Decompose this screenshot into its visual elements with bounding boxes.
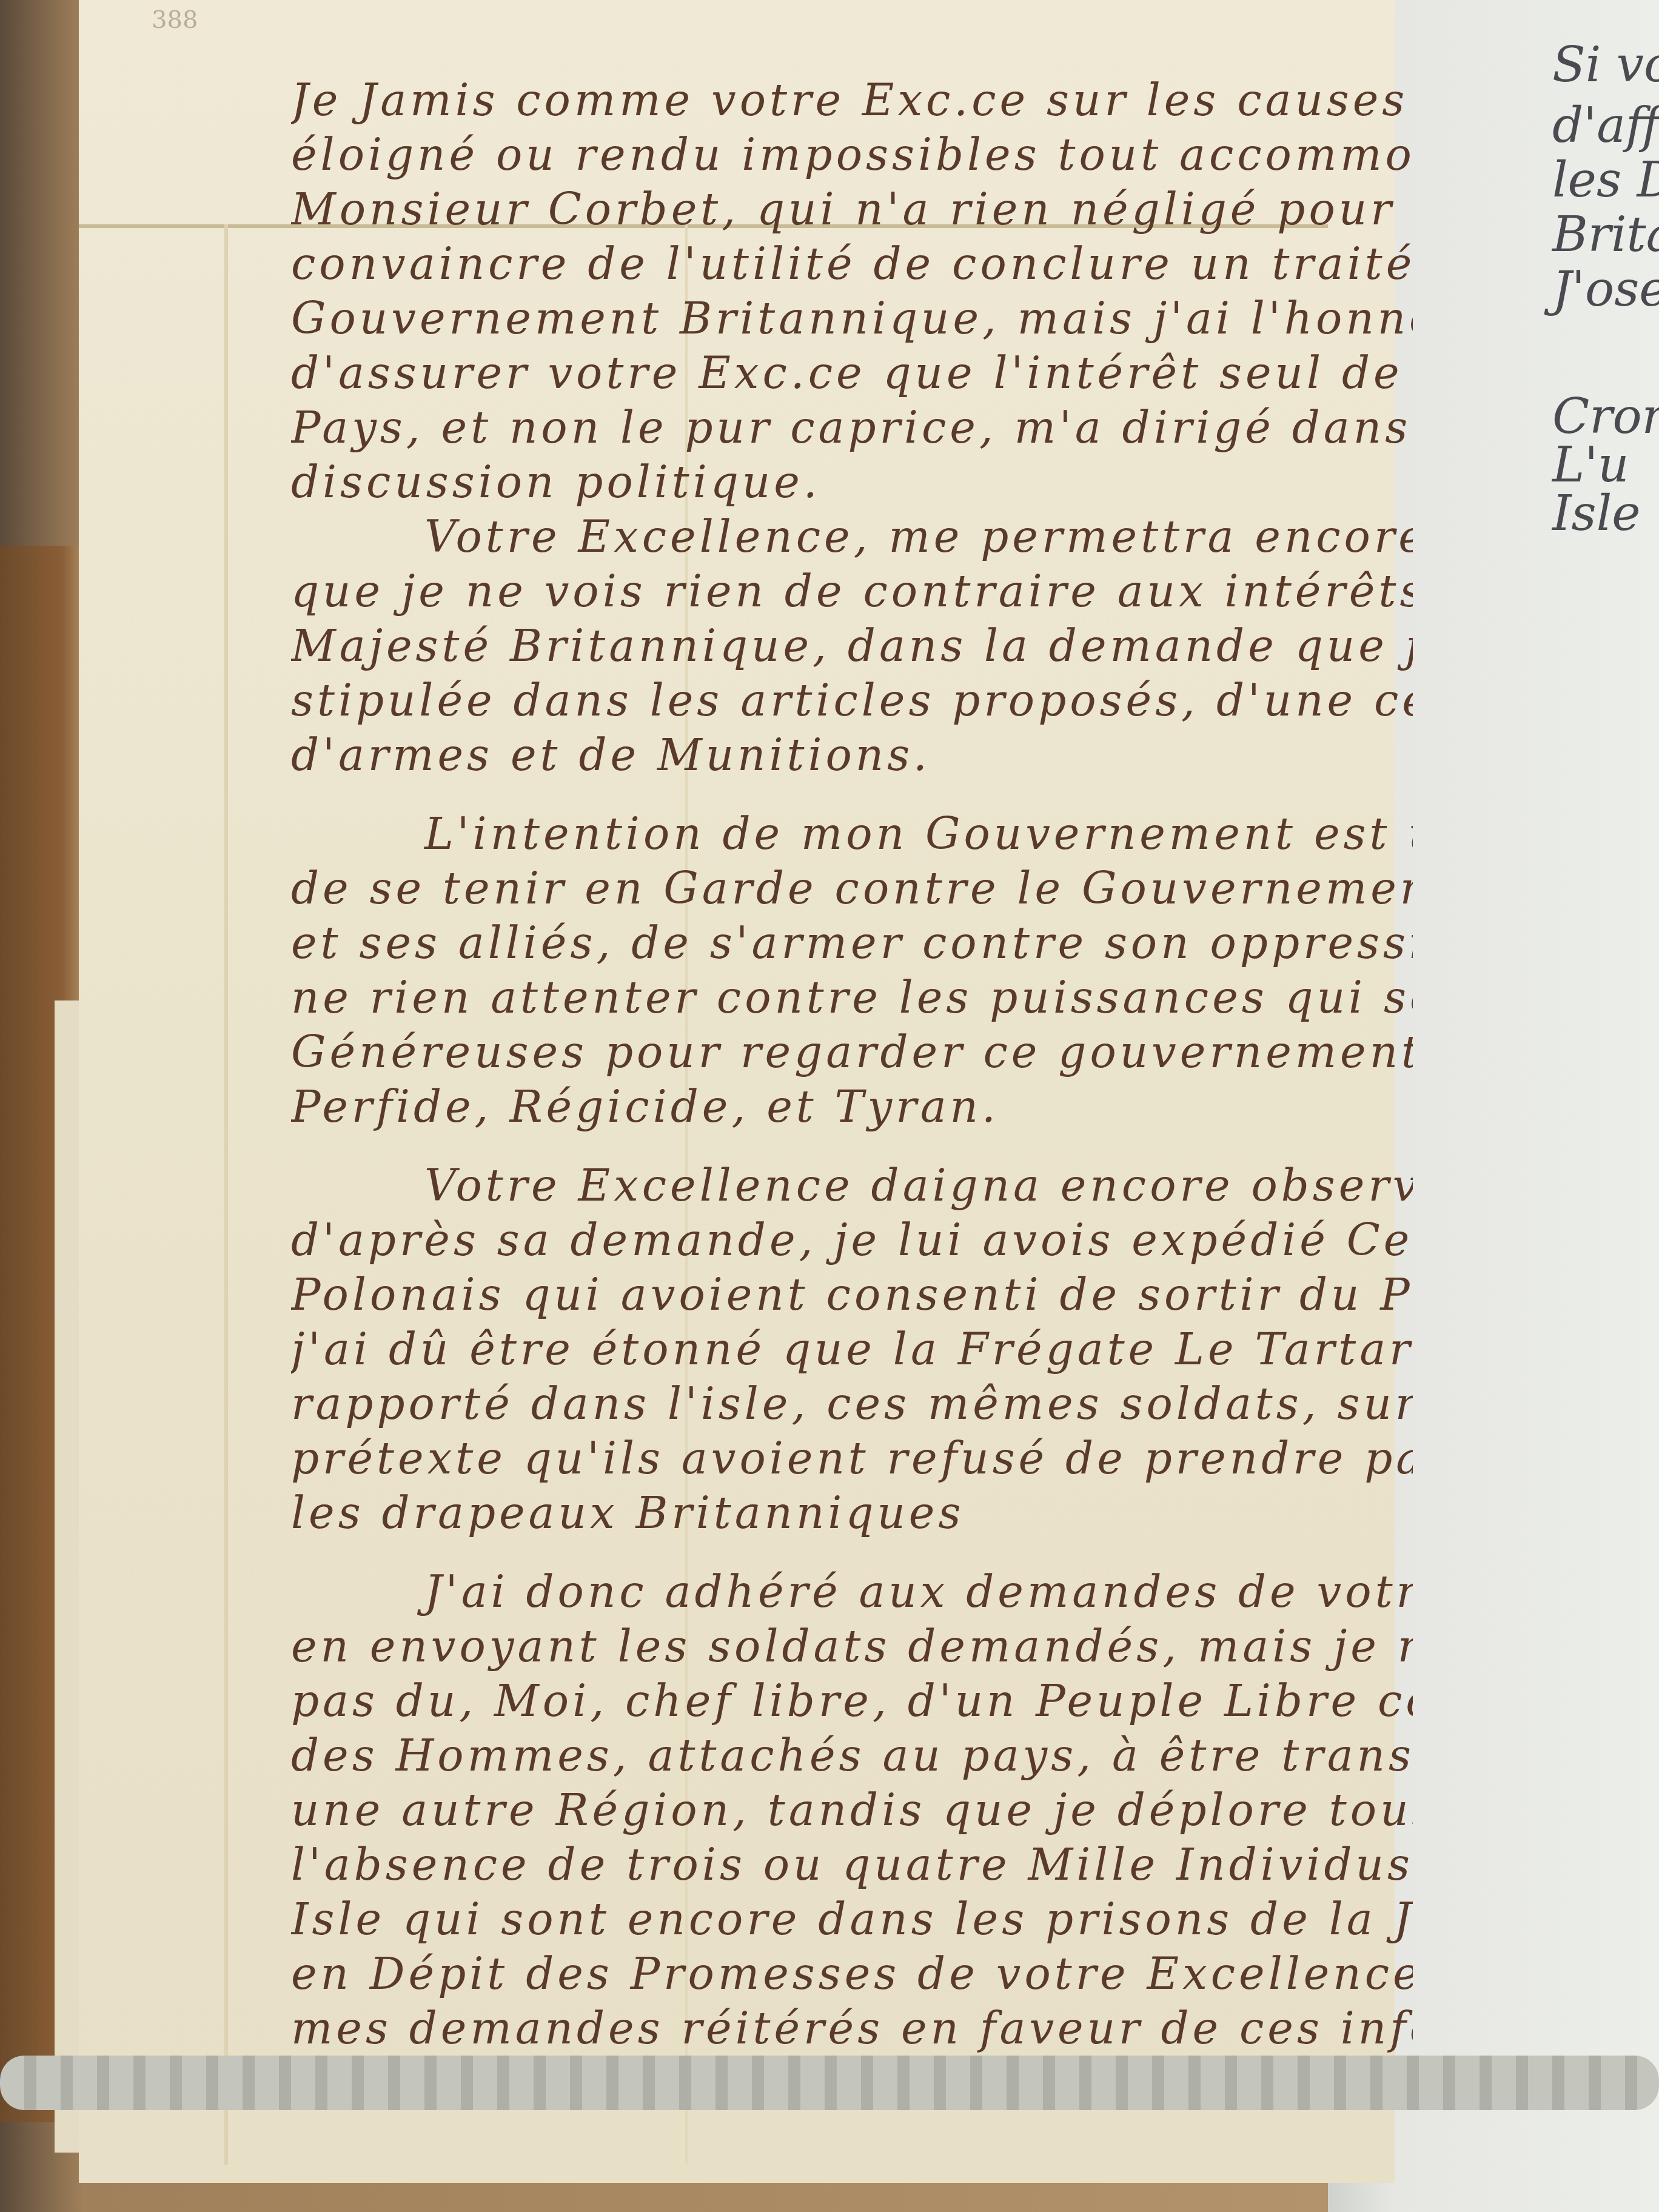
handwritten-line: l'absence de trois ou quatre Mille Indiv… (291, 1837, 1413, 1892)
handwritten-line: Je Jamis comme votre Exc.ce sur les caus… (291, 73, 1413, 127)
handwritten-line: j'ai dû être étonné que la Frégate Le Ta… (291, 1322, 1413, 1376)
handwritten-line: convaincre de l'utilité de conclure un t… (291, 236, 1413, 291)
adjacent-fragment: les D (1552, 152, 1659, 208)
handwritten-line: Votre Excellence, me permettra encore de… (291, 509, 1413, 564)
handwritten-line: Polonais qui avoient consenti de sortir … (291, 1267, 1413, 1322)
handwritten-line: d'armes et de Munitions. (291, 728, 1413, 782)
handwritten-line: en Dépit des Promesses de votre Excellen… (291, 1946, 1413, 2001)
handwritten-line: d'après sa demande, je lui avois expédié… (291, 1213, 1413, 1267)
handwritten-line: discussion politique. (291, 455, 1413, 509)
handwritten-line: Isle qui sont encore dans les prisons de… (291, 1892, 1413, 1946)
adjacent-fragment: d'affa (1552, 97, 1659, 153)
handwritten-line: que je ne vois rien de contraire aux int… (291, 564, 1413, 618)
handwritten-line: mes demandes réitérés en faveur de ces i… (291, 2001, 1413, 2056)
adjacent-fragment: Isle (1552, 485, 1641, 541)
handwritten-line: éloigné ou rendu impossibles tout accomm… (291, 127, 1413, 182)
binding-cord (0, 2056, 1659, 2110)
adjacent-fragment: Brita (1552, 206, 1659, 263)
handwritten-line: J'ai donc adhéré aux demandes de votre E… (291, 1564, 1413, 1619)
handwritten-line: de se tenir en Garde contre le Gouvernem… (291, 861, 1413, 916)
handwritten-line: rapporté dans l'isle, ces mêmes soldats,… (291, 1376, 1413, 1431)
handwritten-line: Votre Excellence daigna encore observer … (291, 1158, 1413, 1213)
handwritten-line: stipulée dans les articles proposés, d'u… (291, 673, 1413, 728)
handwritten-line: Généreuses pour regarder ce gouvernement… (291, 1025, 1413, 1079)
page-number: 388 (152, 6, 198, 34)
adjacent-fragment: Si vo (1552, 36, 1659, 93)
handwritten-line: pas du, Moi, chef libre, d'un Peuple Lib… (291, 1674, 1413, 1728)
handwritten-line: les drapeaux Britanniques (291, 1486, 1413, 1540)
handwritten-line: Majesté Britannique, dans la demande que… (291, 618, 1413, 673)
handwritten-line: Perfide, Régicide, et Tyran. (291, 1079, 1413, 1134)
handwritten-line: Pays, et non le pur caprice, m'a dirigé … (291, 400, 1413, 455)
adjacent-fragment: J'ose (1552, 261, 1659, 317)
handwritten-line: prétexte qu'ils avoient refusé de prendr… (291, 1431, 1413, 1486)
handwritten-line: d'assurer votre Exc.ce que l'intérêt seu… (291, 346, 1413, 400)
fold-crease-vertical (224, 224, 228, 2165)
handwritten-line: ne rien attenter contre les puissances q… (291, 970, 1413, 1025)
handwritten-line: Monsieur Corbet, qui n'a rien négligé po… (291, 182, 1413, 236)
handwritten-line: L'intention de mon Gouvernement est uniq… (291, 806, 1413, 861)
handwritten-text-body: Je Jamis comme votre Exc.ce sur les caus… (291, 73, 1413, 2056)
handwritten-line: des Hommes, attachés au pays, à être tra… (291, 1728, 1413, 1783)
handwritten-line: une autre Région, tandis que je déplore … (291, 1783, 1413, 1837)
handwritten-line: Gouvernement Britannique, mais j'ai l'ho… (291, 291, 1413, 346)
handwritten-line: et ses alliés, de s'armer contre son opp… (291, 916, 1413, 970)
handwritten-line: en envoyant les soldats demandés, mais j… (291, 1619, 1413, 1674)
